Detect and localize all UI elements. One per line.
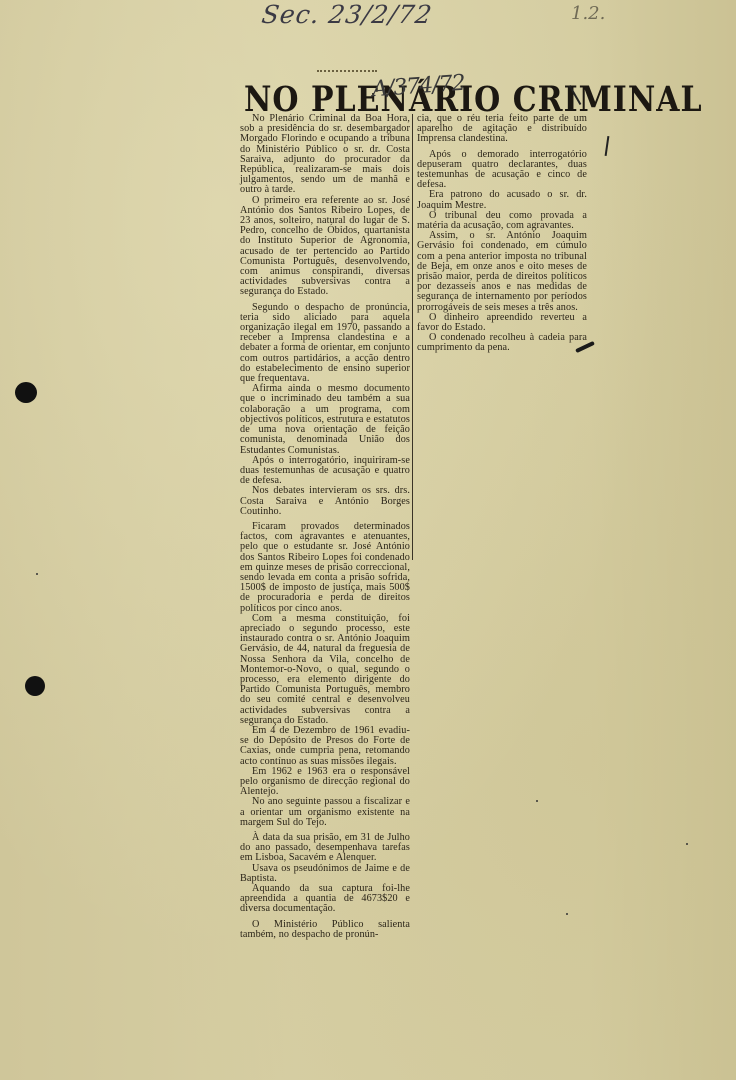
paragraph: Com a mesma constituição, foi apreciado … <box>240 614 410 726</box>
handwritten-archive-reference: Sec. 23/2/72 <box>260 0 434 29</box>
paper-speck <box>566 913 568 915</box>
paragraph: O Ministério Público salienta também, no… <box>240 920 410 940</box>
paragraph: Assim, o sr. António Joaquim Gervásio fo… <box>417 231 587 313</box>
paragraph: Após o demorado interrogatório depuseram… <box>417 150 587 191</box>
paragraph: À data da sua prisão, em 31 de Julho do … <box>240 833 410 864</box>
article-column-right: cia, que o réu teria feito parte de um a… <box>417 114 587 354</box>
paper-speck <box>686 843 688 845</box>
paragraph: No ano seguinte passou a fiscalizar e a … <box>240 797 410 828</box>
handwritten-page-number: 1.2. <box>571 3 605 24</box>
punch-hole-top <box>15 382 37 403</box>
pen-mark <box>605 136 610 156</box>
paragraph: Ficaram provados determinados factos, co… <box>240 522 410 614</box>
punch-hole-bottom <box>25 676 45 696</box>
paragraph: No Plenário Criminal da Boa Hora, sob a … <box>240 114 410 196</box>
paragraph: O condenado recolheu à cadeia para cumpr… <box>417 333 587 353</box>
article-column-left: No Plenário Criminal da Boa Hora, sob a … <box>240 114 410 940</box>
paragraph: Era patrono do acusado o sr. dr. Joaquim… <box>417 190 587 210</box>
paragraph: Em 4 de Dezembro de 1961 evadiu-se do De… <box>240 726 410 767</box>
paragraph: Afirma ainda o mesmo documento que o inc… <box>240 384 410 455</box>
paragraph: cia, que o réu teria feito parte de um a… <box>417 114 587 145</box>
paragraph: Usava os pseudónimos de Jaime e de Bapti… <box>240 864 410 884</box>
headline-dotted-rule <box>317 70 377 72</box>
paragraph: O primeiro era referente ao sr. José Ant… <box>240 196 410 298</box>
paragraph: Aquando da sua captura foi-lhe apreendid… <box>240 884 410 915</box>
newspaper-clipping: NO PLENÁRIO CRIMINAL No Plenário Crimina… <box>222 70 610 870</box>
paragraph: O dinheiro apreendido reverteu a favor d… <box>417 313 587 333</box>
paragraph: Em 1962 e 1963 era o responsável pelo or… <box>240 767 410 798</box>
paragraph: Segundo o despacho de pronúncia, teria s… <box>240 303 410 385</box>
paragraph: Após o interrogatório, inquiriram-se dua… <box>240 456 410 487</box>
paragraph: Nos debates intervieram os srs. drs. Cos… <box>240 486 410 517</box>
paragraph: O tribunal deu como provada a matéria da… <box>417 211 587 231</box>
paper-speck <box>36 573 38 575</box>
column-divider <box>412 114 413 560</box>
